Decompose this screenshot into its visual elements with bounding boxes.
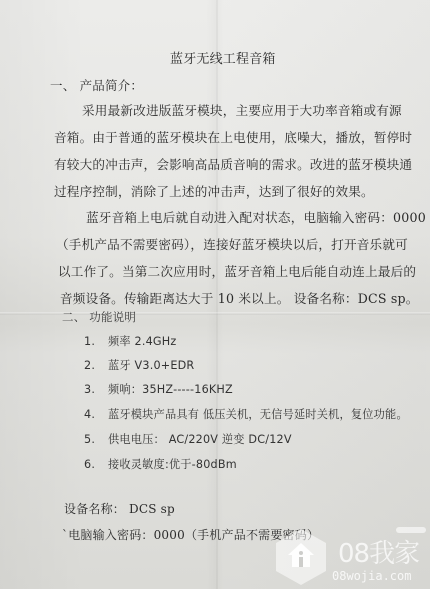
item-number: 2. [84, 359, 108, 372]
document-title: 蓝牙无线工程音箱 [170, 48, 276, 67]
paragraph1-line: 过程序控制，消除了上述的冲击声，达到了很好的效果。 [54, 181, 374, 200]
feature-item: 1.频率 2.4GHz [84, 333, 176, 349]
feature-item: 2.蓝牙 V3.0+EDR [84, 357, 194, 373]
item-text: 频响：35HZ-----16KHZ [108, 383, 233, 396]
item-number: 4. [84, 408, 108, 421]
paragraph2-line: （手机产品不需要密码），连接好蓝牙模块以后，打开音乐就可 [56, 234, 408, 253]
paragraph1-line: 采用最新改进版蓝牙模块，主要应用于大功率音箱或有源 [82, 100, 402, 119]
item-text: 频率 2.4GHz [108, 335, 176, 348]
house-icon [287, 542, 315, 568]
feature-item: 5.供电电压： AC/220V 逆变 DC/12V [84, 431, 292, 447]
item-text: 蓝牙模块产品具有 低压关机，无信号延时关机，复位功能。 [108, 408, 408, 421]
item-number: 6. [84, 458, 108, 471]
item-number: 5. [84, 433, 108, 446]
watermark-url: 08wojia.com [332, 569, 411, 583]
watermark-brand: 08我家 [338, 533, 419, 570]
section2-heading: 二、 功能说明 [62, 309, 136, 325]
paragraph1-line: 有较大的冲击声，会影响高品质音响的需求。改进的蓝牙模块通 [54, 154, 412, 173]
item-text: 蓝牙 V3.0+EDR [108, 359, 194, 372]
paragraph2-line: 蓝牙音箱上电后就自动进入配对状态，电脑输入密码：0000 [86, 207, 426, 226]
site-watermark: 08我家 08wojia.com [274, 527, 430, 589]
section1-heading: 一、 产品简介： [50, 76, 143, 94]
item-number: 1. [84, 335, 108, 348]
paragraph2-line: 音频设备。传输距离达大于 10 米以上。 设备名称：DCS sp。 [60, 288, 419, 307]
item-number: 3. [84, 383, 108, 396]
paragraph2-line: 以工作了。当第二次应用时，蓝牙音箱上电后能自动连上最后的 [58, 261, 416, 280]
feature-item: 4.蓝牙模块产品具有 低压关机，无信号延时关机，复位功能。 [84, 406, 408, 422]
feature-item: 3.频响：35HZ-----16KHZ [84, 381, 233, 397]
feature-item: 6.接收灵敏度:优于-80dBm [84, 456, 237, 472]
footer-device-name: 设备名称： DCS sp [64, 500, 175, 517]
item-text: 供电电压： AC/220V 逆变 DC/12V [108, 433, 292, 446]
item-text: 接收灵敏度:优于-80dBm [108, 458, 237, 471]
paragraph1-line: 音箱。由于普通的蓝牙模块在上电使用，底噪大，播放，暂停时 [54, 127, 412, 146]
